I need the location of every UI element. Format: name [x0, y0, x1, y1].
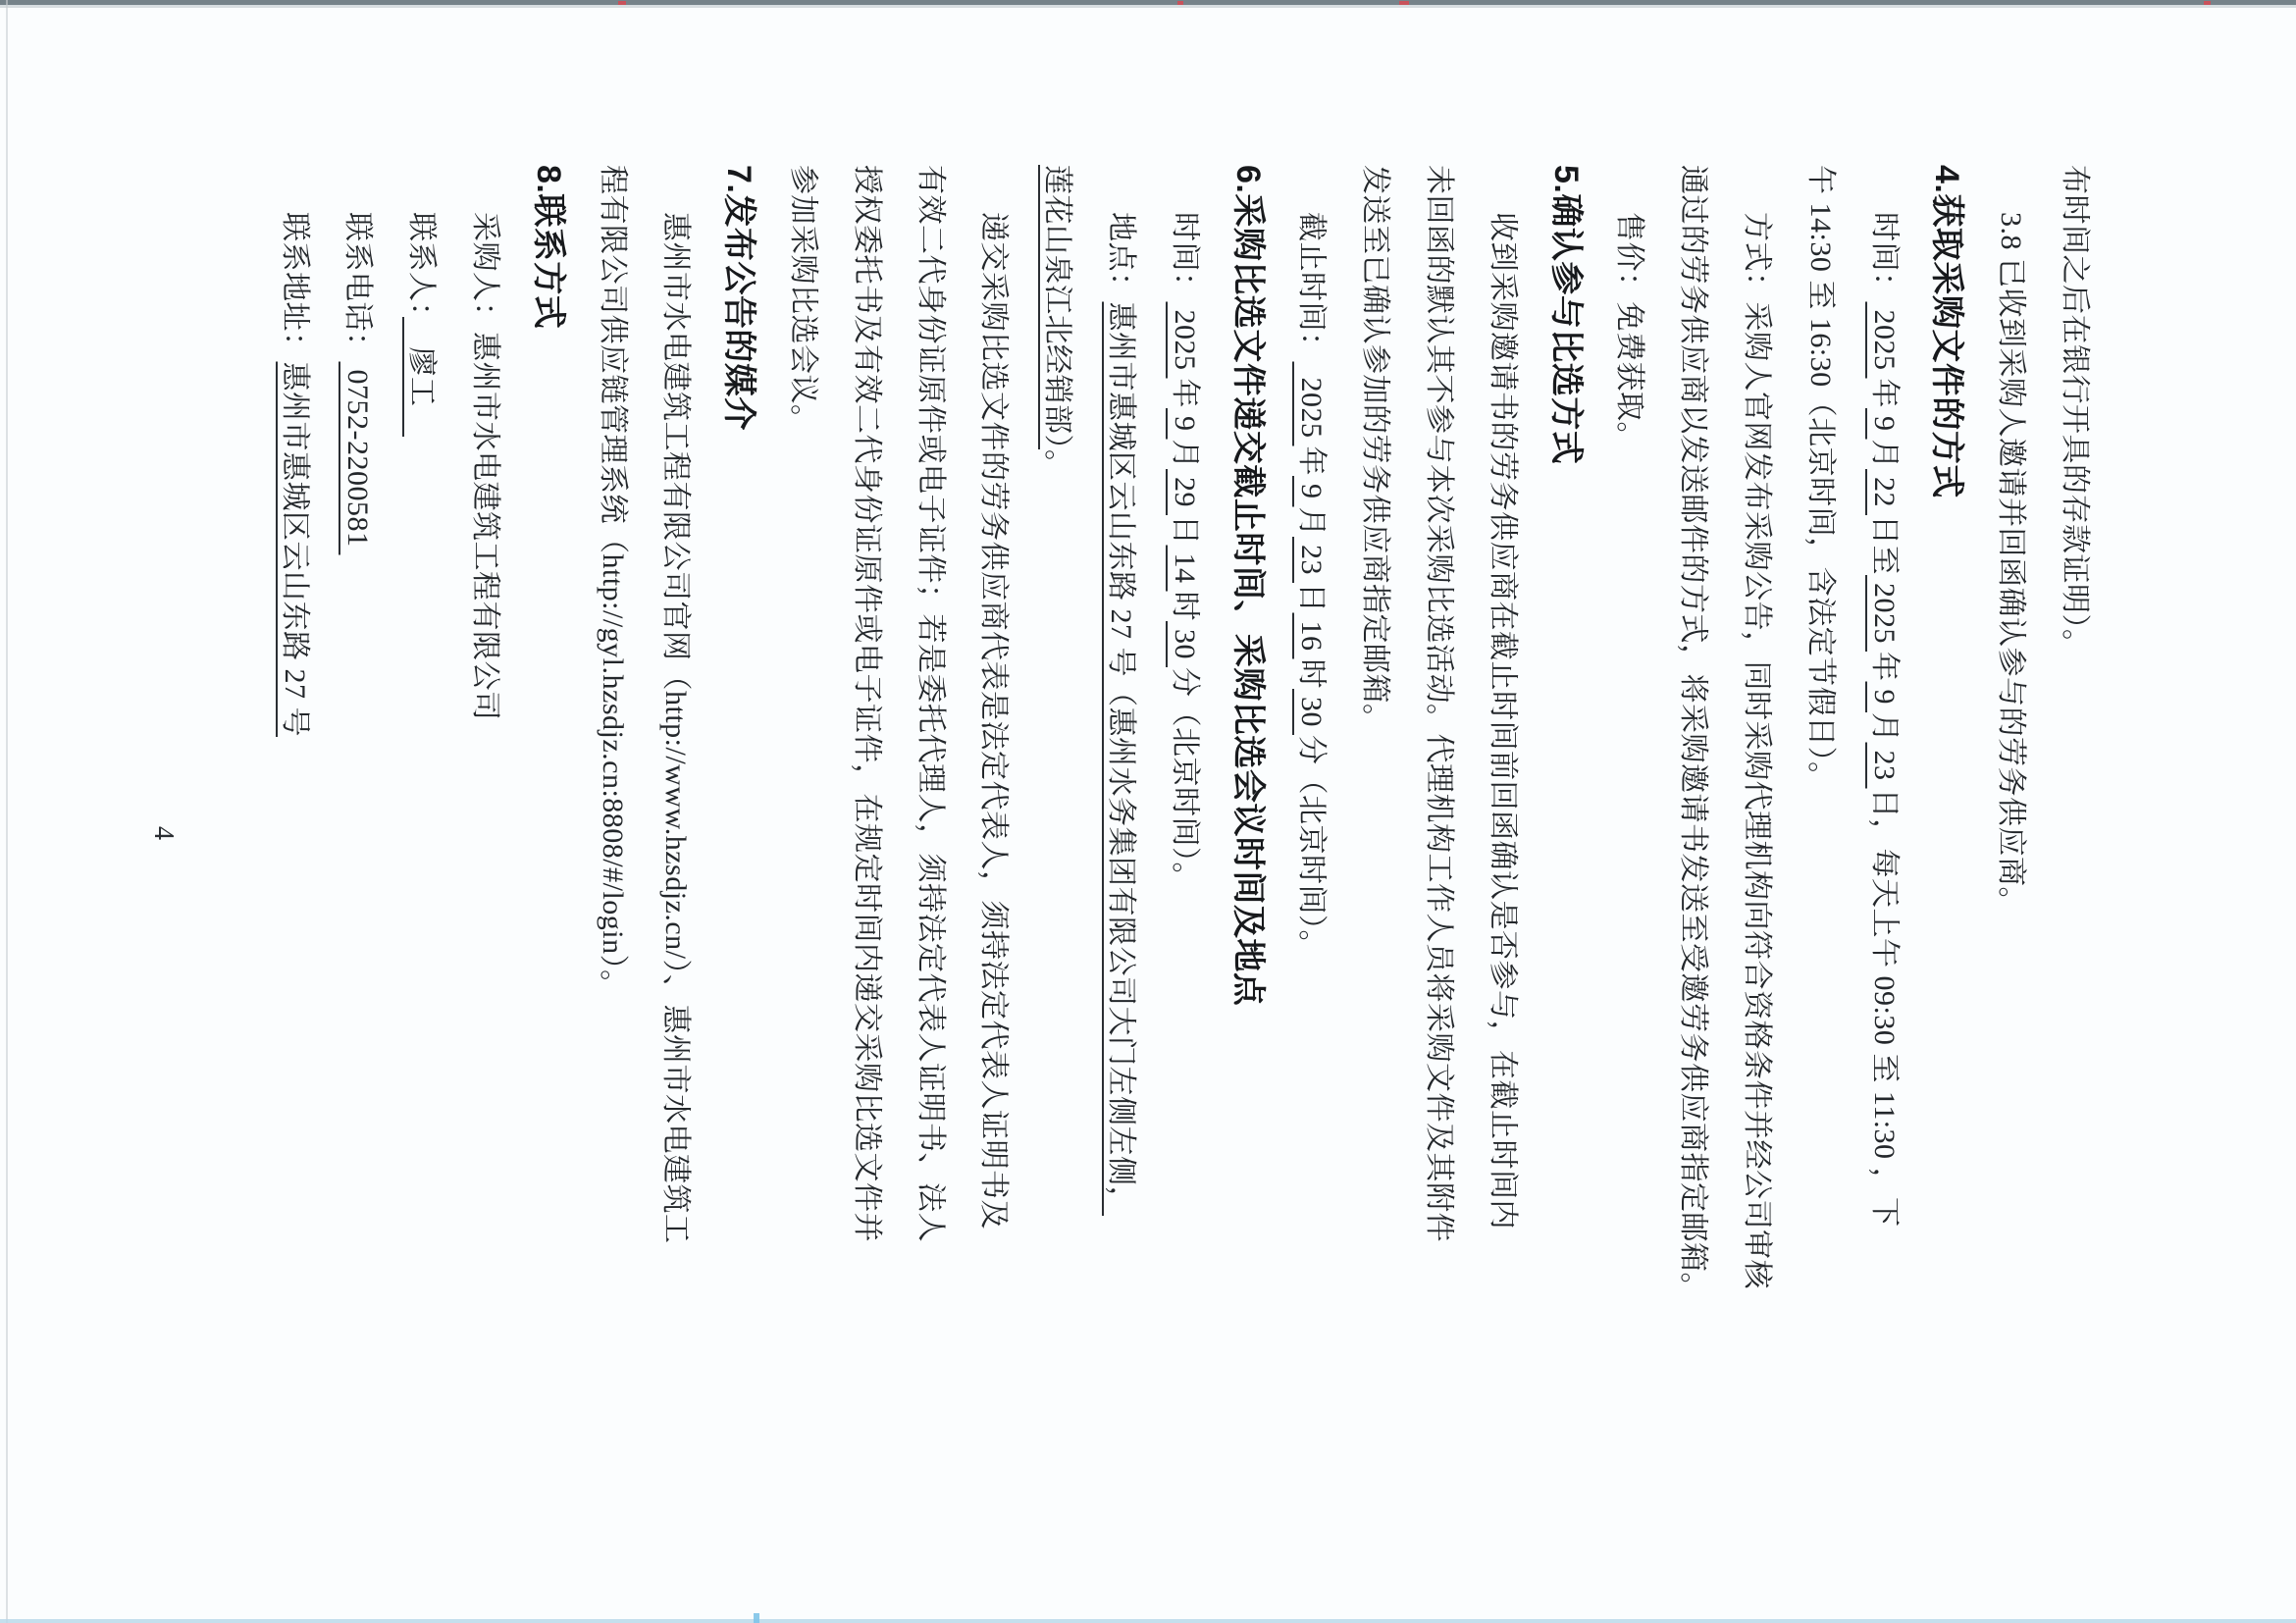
text-segment: 年 — [1169, 379, 1201, 409]
text-segment: 6.采购比选文件递交截止时间、采购比选会议时间及地点 — [1229, 165, 1267, 1006]
body-line: 售价：免费获取。 — [1597, 165, 1661, 1574]
body-line: 截止时间： 2025 年 9 月 23 日 16 时 30 分（北京时间）。 — [1279, 165, 1343, 1574]
body-line: 有效二代身份证原件或电子证件；若是委托代理人，须持法定代表人证明书、法人 — [898, 165, 962, 1574]
text-segment: 月 — [1868, 440, 1901, 470]
body-line: 参加采购比选会议。 — [770, 165, 834, 1574]
text-segment: 收到采购邀请书的劳务供应商在截止时间前回函确认是否参与，在截止时间内 — [1487, 212, 1519, 1230]
heading-line: 5.确认参与比选方式 — [1534, 165, 1597, 1574]
body-line: 通过的劳务供应商以发送邮件的方式，将采购邀请书发送至受邀劳务供应商指定邮箱。 — [1660, 165, 1724, 1574]
text-segment: 惠州市水电建筑工程有限公司官网（http://www.hzsdjz.cn/）、惠… — [659, 212, 692, 1244]
text-segment: 联系地址： — [279, 212, 311, 362]
body-line: 联系地址：惠州市惠城区云山东路 27 号 — [262, 165, 326, 1574]
text-segment: 布时间之后在银行开具的存款证明）。 — [2059, 165, 2091, 659]
text-segment: 年 — [1295, 446, 1328, 477]
text-segment: 截止时间： — [1295, 212, 1328, 362]
underlined-text: 2025 — [1868, 302, 1901, 379]
text-segment: 时 — [1295, 659, 1328, 690]
text-segment: 递交采购比选文件的劳务供应商代表是法定代表人，须持法定代表人证明书及 — [977, 212, 1010, 1230]
text-segment: 程有限公司供应链管理系统（http://gyl.hzsdjz.cn:8808/#… — [597, 165, 629, 1000]
text-segment: 售价：免费获取。 — [1613, 212, 1645, 451]
text-segment: 日至 — [1868, 515, 1901, 575]
body-line: 联系人： 廖工 — [389, 165, 452, 1574]
underlined-text: 廖工 — [405, 317, 438, 437]
body-line: 程有限公司供应链管理系统（http://gyl.hzsdjz.cn:8808/#… — [580, 165, 644, 1574]
body-line: 未回函的默认其不参与本次采购比选活动。代理机构工作人员将采购文件及其附件 — [1406, 165, 1470, 1574]
text-segment: 日 — [1295, 583, 1328, 613]
text-segment: 时间： — [1868, 212, 1901, 302]
body-line: 莲花山泉江北经销部）。 — [1024, 165, 1088, 1574]
underlined-text: 30 — [1169, 621, 1201, 667]
body-line: 联系电话： 0752-2200581 — [326, 165, 390, 1574]
underlined-text: 9 — [1868, 408, 1901, 440]
heading-line: 8.联系方式 — [516, 165, 580, 1574]
underlined-text: 2025 — [1169, 302, 1201, 379]
underlined-text: 29 — [1169, 469, 1201, 515]
text-segment: 4.获取采购文件的方式 — [1928, 165, 1965, 498]
body-line: 时间： 2025 年 9 月 22 日至 2025 年 9 月 23 日，每天上… — [1852, 165, 1915, 1574]
underlined-text: 9 — [1295, 476, 1328, 507]
heading-line: 7.发布公告的媒介 — [706, 165, 770, 1574]
underlined-text: 惠州市惠城区云山东路 27 号（惠州水务集团有限公司大门左侧左侧， — [1105, 302, 1137, 1217]
text-segment: 7.发布公告的媒介 — [720, 165, 757, 431]
text-segment: 参加采购比选会议。 — [787, 165, 819, 435]
text-segment: 分（北京时间）。 — [1169, 667, 1201, 892]
underlined-text: 0752-2200581 — [341, 362, 374, 555]
text-segment: 采购人：惠州市水电建筑工程有限公司 — [469, 212, 501, 721]
page-number: 4 — [147, 0, 179, 1623]
body-line: 布时间之后在银行开具的存款证明）。 — [2042, 165, 2106, 1574]
body-line: 方式：采购人官网发布采购公告，同时采购代理机构向符合资格条件并经公司审核 — [1724, 165, 1788, 1574]
underlined-text: 14 — [1169, 546, 1201, 592]
body-line: 午 14:30 至 16:30（北京时间，含法定节假日）。 — [1788, 165, 1852, 1574]
text-segment: 。 — [1041, 449, 1073, 480]
underlined-text: 22 — [1868, 469, 1901, 515]
body-line: 发送至已确认参加的劳务供应商指定邮箱。 — [1342, 165, 1406, 1574]
heading-line: 4.获取采购文件的方式 — [1915, 165, 1979, 1574]
body-line: 地点：惠州市惠城区云山东路 27 号（惠州水务集团有限公司大门左侧左侧， — [1088, 165, 1152, 1574]
text-segment: 月 — [1169, 440, 1201, 470]
text-segment: 发送至已确认参加的劳务供应商指定邮箱。 — [1359, 165, 1391, 734]
underlined-text: 惠州市惠城区云山东路 27 号 — [279, 362, 311, 738]
underlined-text: 2025 — [1868, 575, 1901, 652]
underlined-text: 16 — [1295, 613, 1328, 659]
underlined-text: 2025 — [1295, 362, 1328, 446]
underlined-text: 23 — [1295, 537, 1328, 583]
body-line: 采购人：惠州市水电建筑工程有限公司 — [452, 165, 516, 1574]
text-segment: 联系人： — [405, 212, 438, 317]
text-segment: 地点： — [1105, 212, 1137, 302]
document-lines: 布时间之后在银行开具的存款证明）。3.8 已收到采购人邀请并回函确认参与的劳务供… — [262, 165, 2106, 1574]
text-segment: 时 — [1169, 592, 1201, 622]
body-line: 递交采购比选文件的劳务供应商代表是法定代表人，须持法定代表人证明书及 — [962, 165, 1025, 1574]
text-segment: 分（北京时间）。 — [1295, 735, 1328, 960]
text-segment: 日 — [1169, 515, 1201, 546]
text-segment: 方式：采购人官网发布采购公告，同时采购代理机构向符合资格条件并经公司审核 — [1741, 212, 1773, 1289]
body-line: 惠州市水电建筑工程有限公司官网（http://www.hzsdjz.cn/）、惠… — [644, 165, 707, 1574]
text-segment: 有效二代身份证原件或电子证件；若是委托代理人，须持法定代表人证明书、法人 — [914, 165, 947, 1242]
body-line: 3.8 已收到采购人邀请并回函确认参与的劳务供应商。 — [1978, 165, 2042, 1574]
text-segment: 日，每天上午 09:30 至 11:30 ，下 — [1868, 789, 1901, 1228]
heading-line: 6.采购比选文件递交截止时间、采购比选会议时间及地点 — [1216, 165, 1279, 1574]
body-line: 授权委托书及有效二代身份证原件或电子证件，在规定时间内递交采购比选文件并 — [834, 165, 898, 1574]
body-line: 收到采购邀请书的劳务供应商在截止时间前回函确认是否参与，在截止时间内 — [1470, 165, 1534, 1574]
text-segment: 未回函的默认其不参与本次采购比选活动。代理机构工作人员将采购文件及其附件 — [1423, 165, 1455, 1242]
text-segment: 通过的劳务供应商以发送邮件的方式，将采购邀请书发送至受邀劳务供应商指定邮箱。 — [1677, 165, 1709, 1302]
body-line: 时间： 2025 年 9 月 29 日 14 时 30 分（北京时间）。 — [1152, 165, 1216, 1574]
underlined-text: 莲花山泉江北经销部） — [1041, 165, 1073, 449]
text-segment: 午 14:30 至 16:30（北京时间，含法定节假日）。 — [1804, 165, 1837, 792]
underlined-text: 9 — [1169, 408, 1201, 440]
text-segment: 年 — [1868, 652, 1901, 682]
text-segment: 月 — [1868, 712, 1901, 743]
text-segment: 5.确认参与比选方式 — [1547, 165, 1585, 464]
text-segment: 联系电话： — [341, 212, 374, 362]
text-segment: 8.联系方式 — [530, 165, 567, 329]
text-segment: 3.8 已收到采购人邀请并回函确认参与的劳务供应商。 — [1995, 212, 2027, 916]
underlined-text: 30 — [1295, 689, 1328, 735]
underlined-text: 9 — [1868, 682, 1901, 713]
text-segment: 月 — [1295, 507, 1328, 538]
rotated-portrait-page: 布时间之后在银行开具的存款证明）。3.8 已收到采购人邀请并回函确认参与的劳务供… — [0, 0, 2296, 1623]
underlined-text: 23 — [1868, 743, 1901, 789]
scanned-document-page: 布时间之后在银行开具的存款证明）。3.8 已收到采购人邀请并回函确认参与的劳务供… — [0, 0, 2296, 1623]
text-segment: 时间： — [1169, 212, 1201, 302]
text-segment: 年 — [1868, 379, 1901, 409]
text-segment: 授权委托书及有效二代身份证原件或电子证件，在规定时间内递交采购比选文件并 — [851, 165, 883, 1242]
